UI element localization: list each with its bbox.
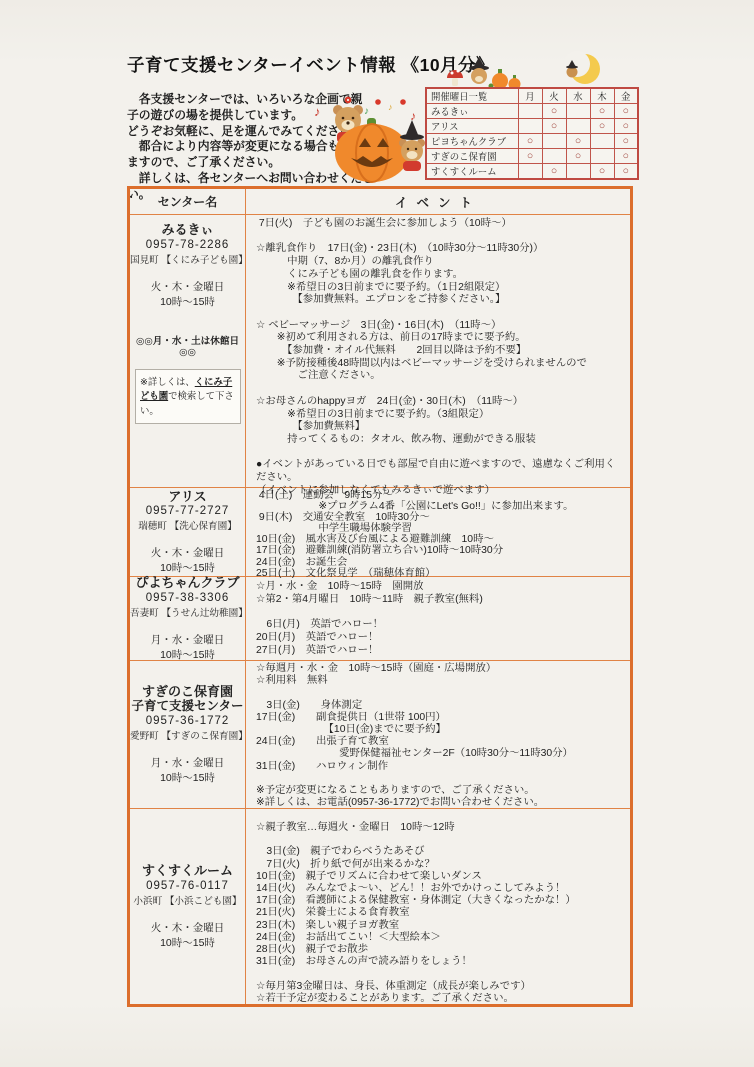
open-days: 火・木・金曜日	[130, 545, 245, 560]
music-note-icon: ♪	[364, 106, 369, 117]
day-mark	[542, 149, 566, 164]
center-location: 小浜町 【小浜こども園】	[130, 893, 245, 907]
center-phone: 0957-77-2727	[130, 505, 245, 517]
day-mark: ○	[518, 134, 542, 149]
open-days: 火・木・金曜日	[130, 279, 245, 294]
day-header-wed: 水	[566, 88, 590, 104]
center-phone: 0957-36-1772	[130, 715, 245, 727]
open-hours: 10時～15時	[130, 560, 245, 575]
center-name-line2: 子育て支援センター	[130, 699, 245, 714]
schedule-header-row: 開催曜日一覧 月 火 水 木 金	[426, 88, 638, 104]
search-note-prefix: ※詳しくは、	[140, 376, 195, 387]
day-mark	[542, 134, 566, 149]
closed-days-note: ◎◎月・水・土は休館日◎◎	[130, 333, 245, 358]
event-list: ☆月・水・金 10時～15時 園開放 ☆第2・第4月曜日 10時～11時 親子教…	[246, 577, 630, 660]
day-mark: ○	[590, 164, 614, 180]
center-row-piyo: ぴよちゃんクラブ 0957-38-3306 吾妻町 【うせん辻幼稚園】 月・水・…	[130, 576, 630, 660]
blossom-icon	[375, 99, 381, 105]
day-mark: ○	[614, 119, 638, 134]
schedule-row-mirukii: みるきぃ ○ ○ ○	[426, 104, 638, 119]
center-row-sukusuku: すくすくルーム 0957-76-0117 小浜町 【小浜こども園】 火・木・金曜…	[130, 808, 630, 1004]
open-days: 火・木・金曜日	[130, 920, 245, 935]
blossom-icon	[400, 99, 406, 105]
center-location: 愛野町 【すぎのこ保育園】	[130, 728, 245, 742]
center-name: すくすくルーム	[426, 164, 518, 180]
day-mark	[590, 149, 614, 164]
schedule-row-suginoko: すぎのこ保育園 ○ ○ ○	[426, 149, 638, 164]
center-row-mirukii: みるきぃ 0957-78-2286 国見町 【くにみ子ども園】 火・木・金曜日 …	[130, 214, 630, 487]
center-phone: 0957-78-2286	[130, 239, 245, 251]
center-phone: 0957-76-0117	[130, 880, 245, 892]
center-phone: 0957-38-3306	[130, 592, 245, 604]
day-mark: ○	[590, 119, 614, 134]
page-title: 子育て支援センターイベント情報 《10月分》	[127, 52, 494, 77]
center-info: ぴよちゃんクラブ 0957-38-3306 吾妻町 【うせん辻幼稚園】 月・水・…	[130, 577, 246, 660]
open-hours: 10時～15時	[130, 770, 245, 785]
schedule-row-piyo: ピヨちゃんクラブ ○ ○ ○	[426, 134, 638, 149]
schedule-row-alice: アリス ○ ○ ○	[426, 119, 638, 134]
event-list: 4日(土) 運動会 9時15分～ ※プログラム4番「公園にLet's Go!!」…	[246, 488, 630, 576]
day-mark: ○	[566, 134, 590, 149]
center-name: アリス	[130, 489, 245, 505]
music-note-icon: ♪	[314, 104, 321, 119]
day-mark: ○	[566, 149, 590, 164]
center-row-suginoko: すぎのこ保育園 子育て支援センター 0957-36-1772 愛野町 【すぎのこ…	[130, 660, 630, 808]
day-mark: ○	[614, 149, 638, 164]
day-header-thu: 木	[590, 88, 614, 104]
day-mark: ○	[590, 104, 614, 119]
day-mark: ○	[542, 104, 566, 119]
center-name: アリス	[426, 119, 518, 134]
center-info: すぎのこ保育園 子育て支援センター 0957-36-1772 愛野町 【すぎのこ…	[130, 661, 246, 808]
event-list: ☆毎週月・水・金 10時～15時（園庭・広場開放） ☆利用料 無料 3日(金) …	[246, 661, 630, 808]
event-table: センター名 イベント みるきぃ 0957-78-2286 国見町 【くにみ子ども…	[127, 186, 633, 1007]
day-mark	[518, 119, 542, 134]
center-info: すくすくルーム 0957-76-0117 小浜町 【小浜こども園】 火・木・金曜…	[130, 809, 246, 1004]
day-header-fri: 金	[614, 88, 638, 104]
center-name: みるきぃ	[130, 222, 245, 238]
schedule-title: 開催曜日一覧	[426, 88, 518, 104]
day-mark	[566, 164, 590, 180]
center-name: ピヨちゃんクラブ	[426, 134, 518, 149]
center-location: 吾妻町 【うせん辻幼稚園】	[130, 605, 245, 619]
open-hours: 10時～15時	[130, 935, 245, 950]
open-hours: 10時～15時	[130, 294, 245, 309]
music-note-icon: ♪	[388, 102, 393, 112]
event-list: ☆親子教室…毎週火・金曜日 10時～12時 3日(金) 親子でわらべうたあそび …	[246, 809, 630, 1004]
day-mark: ○	[542, 119, 566, 134]
day-header-tue: 火	[542, 88, 566, 104]
center-name-header: センター名	[130, 189, 246, 214]
center-info: みるきぃ 0957-78-2286 国見町 【くにみ子ども園】 火・木・金曜日 …	[130, 215, 246, 487]
center-name: みるきぃ	[426, 104, 518, 119]
day-header-mon: 月	[518, 88, 542, 104]
day-mark: ○	[542, 164, 566, 180]
day-mark: ○	[518, 149, 542, 164]
day-mark	[590, 134, 614, 149]
search-note: ※詳しくは、くにみ子ども園で検索して下さい。	[135, 369, 241, 425]
day-mark: ○	[614, 164, 638, 180]
event-list: 7日(火) 子ども園のお誕生会に参加しよう（10時～） ☆離乳食作り 17日(金…	[246, 215, 630, 487]
center-name: すくすくルーム	[130, 863, 245, 879]
music-note-icon: ♪	[410, 109, 416, 123]
center-name: ぴよちゃんクラブ	[130, 575, 245, 591]
center-location: 国見町 【くにみ子ども園】	[130, 252, 245, 266]
day-mark: ○	[614, 104, 638, 119]
weekday-schedule-table: 開催曜日一覧 月 火 水 木 金 みるきぃ ○ ○ ○ アリス ○ ○ ○ ピヨ…	[425, 87, 639, 180]
center-location: 瑞穂町 【洗心保育園】	[130, 518, 245, 532]
day-mark	[518, 104, 542, 119]
open-days: 月・水・金曜日	[130, 632, 245, 647]
day-mark	[518, 164, 542, 180]
open-days: 月・水・金曜日	[130, 755, 245, 770]
day-mark	[566, 119, 590, 134]
event-table-header-row: センター名 イベント	[130, 189, 630, 214]
center-name: すぎのこ保育園	[426, 149, 518, 164]
day-mark	[566, 104, 590, 119]
center-info: アリス 0957-77-2727 瑞穂町 【洗心保育園】 火・木・金曜日 10時…	[130, 488, 246, 576]
open-hours: 10時～15時	[130, 647, 245, 662]
center-name: すぎのこ保育園	[130, 684, 245, 700]
center-row-alice: アリス 0957-77-2727 瑞穂町 【洗心保育園】 火・木・金曜日 10時…	[130, 487, 630, 576]
schedule-row-sukusuku: すくすくルーム ○ ○ ○	[426, 164, 638, 180]
event-header: イベント	[246, 193, 630, 211]
day-mark: ○	[614, 134, 638, 149]
bears-pumpkin-illustration: ♪ ♪ ♪ ♪	[314, 90, 434, 191]
